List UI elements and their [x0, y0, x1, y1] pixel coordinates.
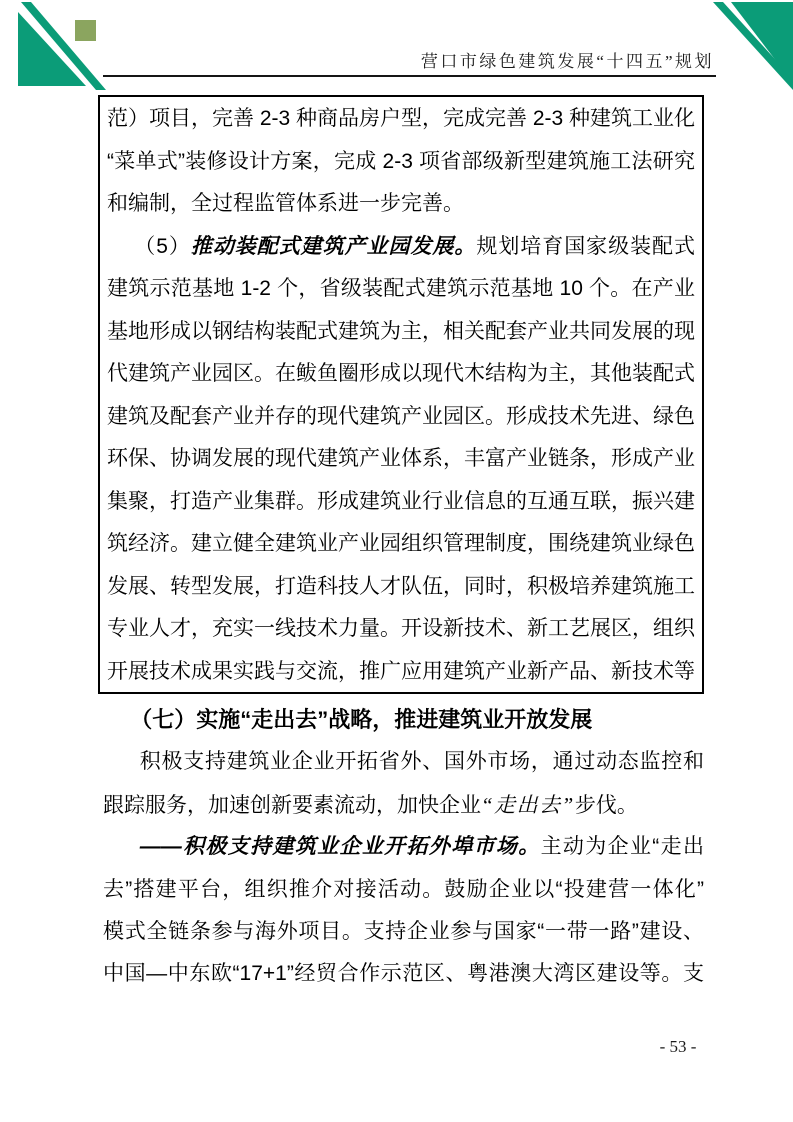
text-segment: 中国—中东欧“17+1”经贸合作示范区、粤港澳大湾区建设等。支: [103, 962, 704, 985]
corner-decoration-top-right: [678, 0, 793, 95]
content-box: 范）项目，完善 2-3 种商品房户型，完成完善 2-3 种建筑工业化“菜单式”装…: [98, 95, 704, 694]
text-segment: 集聚，打造产业集群。形成建筑业行业信息的互通互联，振兴建: [107, 490, 695, 513]
text-segment: 去”搭建平台，组织推介对接活动。鼓励企业以“投建营一体化”: [103, 878, 704, 901]
text-segment: 发展、转型发展，打造科技人才队伍，同时，积极培养建筑施工: [107, 575, 695, 598]
text-segment: （七）实施“走出去”战略，推进建筑业开放发展: [130, 707, 592, 732]
body-text-line: ——积极支持建筑业企业开拓外埠市场。主动为企业“走出: [103, 826, 704, 868]
text-segment: 跟踪服务，加速创新要素流动，加快企业: [103, 794, 481, 817]
box-text-line: 建筑及配套产业并存的现代建筑产业园区。形成技术先进、绿色: [107, 396, 695, 439]
text-segment: 范）项目，完善 2-3 种商品房户型，完成完善 2-3 种建筑工业化: [107, 107, 695, 130]
text-segment: “走出去”: [481, 793, 575, 817]
text-segment: 筑经济。建立健全建筑业产业园组织管理制度，围绕建筑业绿色: [107, 532, 695, 555]
corner-triangle-icon: [731, 2, 793, 83]
text-segment: 代建筑产业园区。在鲅鱼圈形成以现代木结构为主，其他装配式: [107, 362, 695, 385]
text-segment: 模式全链条参与海外项目。支持企业参与国家“一带一路”建设、: [103, 920, 704, 943]
text-segment: 步伐。: [575, 794, 638, 817]
body-text-line: 中国—中东欧“17+1”经贸合作示范区、粤港澳大湾区建设等。支: [103, 953, 704, 995]
header-divider: [103, 75, 716, 77]
document-page: { "header": { "title": "营口市绿色建筑发展“十四五”规划…: [0, 0, 793, 1122]
box-text-line: 和编制，全过程监管体系进一步完善。: [107, 183, 695, 226]
body-text-line: 去”搭建平台，组织推介对接活动。鼓励企业以“投建营一体化”: [103, 869, 704, 911]
corner-decoration-top-left: [0, 0, 115, 95]
box-text-line: 集聚，打造产业集群。形成建筑业行业信息的互通互联，振兴建: [107, 481, 695, 524]
page-header-title: 营口市绿色建筑发展“十四五”规划: [421, 51, 714, 73]
text-segment: （5）: [134, 235, 191, 258]
box-text-line: （5）推动装配式建筑产业园发展。规划培育国家级装配式: [107, 226, 695, 269]
text-segment: 开展技术成果实践与交流，推广应用建筑产业新产品、新技术等。: [107, 660, 695, 683]
text-segment: 建筑及配套产业并存的现代建筑产业园区。形成技术先进、绿色: [107, 405, 695, 428]
body-text-line: 跟踪服务，加速创新要素流动，加快企业“走出去”步伐。: [103, 784, 704, 826]
body-text-line: 模式全链条参与海外项目。支持企业参与国家“一带一路”建设、: [103, 911, 704, 953]
box-text-line: 发展、转型发展，打造科技人才队伍，同时，积极培养建筑施工: [107, 566, 695, 609]
text-segment: 积极支持建筑业企业开拓省外、国外市场，通过动态监控和: [140, 750, 704, 773]
box-text-line: 环保、协调发展的现代建筑产业体系，丰富产业链条，形成产业: [107, 438, 695, 481]
text-segment: 专业人才，充实一线技术力量。开设新技术、新工艺展区，组织: [107, 617, 695, 640]
text-segment: 规划培育国家级装配式: [476, 235, 695, 258]
accent-square: [75, 20, 96, 41]
box-text-line: 范）项目，完善 2-3 种商品房户型，完成完善 2-3 种建筑工业化: [107, 98, 695, 141]
body-text-line: 积极支持建筑业企业开拓省外、国外市场，通过动态监控和: [103, 741, 704, 783]
box-text-line: 开展技术成果实践与交流，推广应用建筑产业新产品、新技术等。: [107, 651, 695, 694]
text-segment: 环保、协调发展的现代建筑产业体系，丰富产业链条，形成产业: [107, 447, 695, 470]
text-segment: ——积极支持建筑业企业开拓外埠市场。: [140, 835, 541, 858]
text-segment: 和编制，全过程监管体系进一步完善。: [107, 192, 464, 215]
text-segment: 推动装配式建筑产业园发展。: [191, 235, 477, 258]
page-number: - 53 -: [635, 1037, 721, 1057]
text-segment: 主动为企业“走出: [541, 835, 704, 858]
box-text-line: 代建筑产业园区。在鲅鱼圈形成以现代木结构为主，其他装配式: [107, 353, 695, 396]
box-text-line: 筑经济。建立健全建筑业产业园组织管理制度，围绕建筑业绿色: [107, 523, 695, 566]
box-text-line: 基地形成以钢结构装配式建筑为主，相关配套产业共同发展的现: [107, 311, 695, 354]
box-text-line: “菜单式”装修设计方案，完成 2-3 项省部级新型建筑施工法研究: [107, 141, 695, 184]
box-text-line: 建筑示范基地 1-2 个，省级装配式建筑示范基地 10 个。在产业: [107, 268, 695, 311]
text-segment: 建筑示范基地 1-2 个，省级装配式建筑示范基地 10 个。在产业: [107, 277, 695, 300]
text-segment: “菜单式”装修设计方案，完成 2-3 项省部级新型建筑施工法研究: [107, 150, 695, 173]
body-text-section: （七）实施“走出去”战略，推进建筑业开放发展积极支持建筑业企业开拓省外、国外市场…: [103, 699, 704, 996]
box-text-line: 专业人才，充实一线技术力量。开设新技术、新工艺展区，组织: [107, 608, 695, 651]
text-segment: 基地形成以钢结构装配式建筑为主，相关配套产业共同发展的现: [107, 320, 695, 343]
body-text-line: （七）实施“走出去”战略，推进建筑业开放发展: [103, 699, 704, 741]
